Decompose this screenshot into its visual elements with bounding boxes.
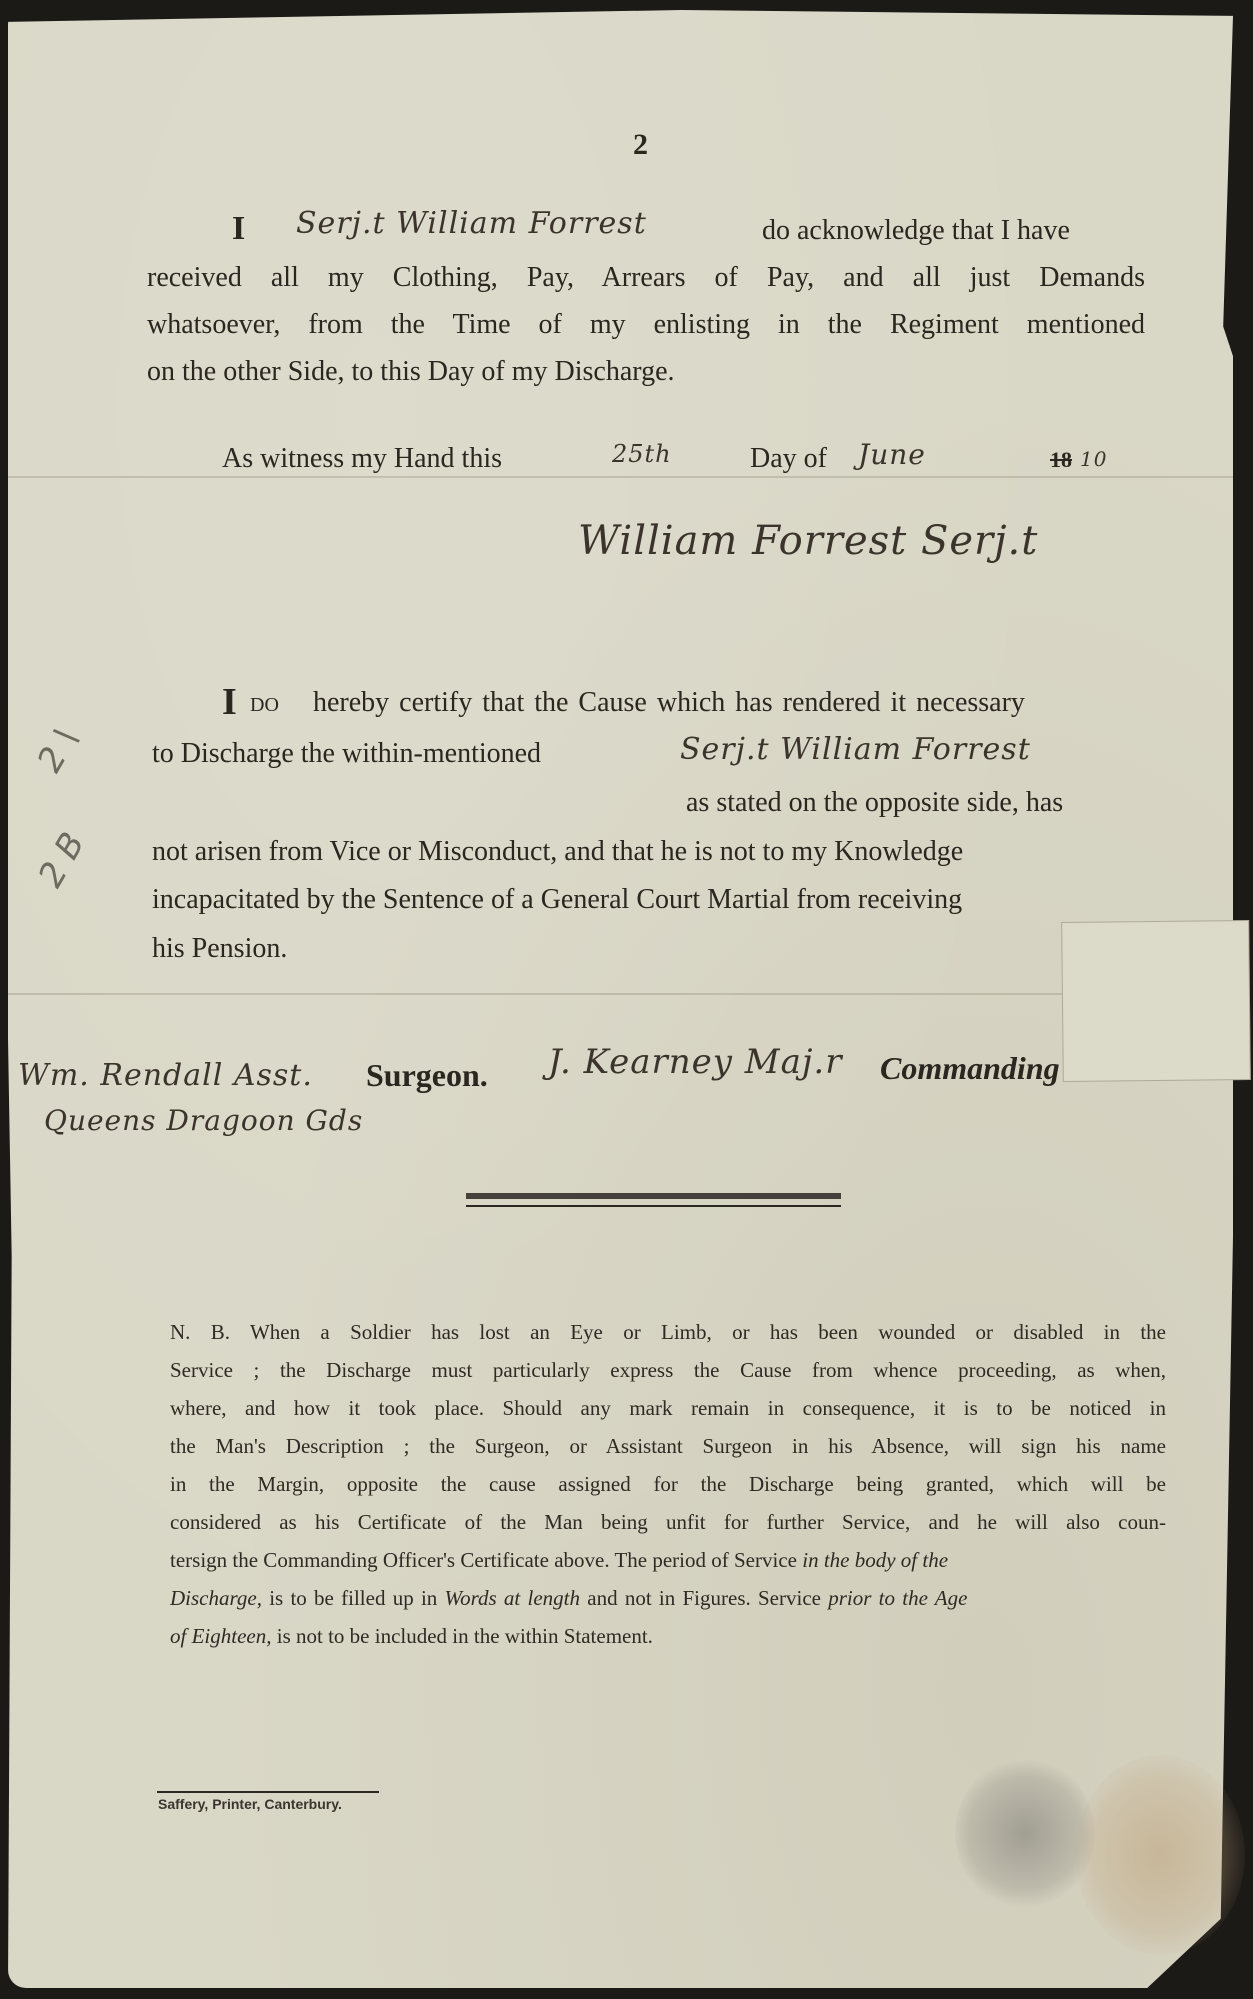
nb-line: of Eighteen, is not to be included in th… xyxy=(170,1624,653,1649)
witness-label: As witness my Hand this xyxy=(222,443,502,475)
nb-line: where, and how it took place. Should any… xyxy=(170,1396,1166,1421)
commanding-officer-signature: J. Kearney Maj.r xyxy=(548,1042,842,1082)
brown-stain xyxy=(1075,1755,1245,1955)
nb-line-8-plain-a: is to be filled up in xyxy=(269,1586,437,1610)
acknowledgement-line-2: received all my Clothing, Pay, Arrears o… xyxy=(147,262,1145,294)
handwritten-day: 25th xyxy=(612,440,672,468)
nb-line: in the Margin, opposite the cause assign… xyxy=(170,1472,1166,1497)
nb-line: Discharge, is to be filled up in Words a… xyxy=(170,1586,967,1611)
surgeon-label: Surgeon. xyxy=(366,1057,488,1094)
surgeon-signature: Wm. Rendall Asst. xyxy=(18,1058,313,1093)
nb-line-8-italic-b: Words at length xyxy=(445,1586,580,1610)
certificate-line-5: incapacitated by the Sentence of a Gener… xyxy=(152,884,962,916)
nb-line-8-plain-b: and not in Figures. Service xyxy=(587,1586,821,1610)
certificate-lead-initial: I xyxy=(222,680,237,724)
nb-line: Service ; the Discharge must particularl… xyxy=(170,1358,1166,1383)
nb-line: the Man's Description ; the Surgeon, or … xyxy=(170,1434,1166,1459)
certificate-line-3: as stated on the opposite side, has xyxy=(686,787,1063,819)
paper-flap-patch xyxy=(1061,920,1251,1082)
acknowledgement-lead: I xyxy=(232,210,245,248)
handwritten-year: 10 xyxy=(1080,447,1107,471)
decorative-rule-thick xyxy=(466,1193,841,1199)
fold-line xyxy=(8,993,1233,995)
printer-imprint: Saffery, Printer, Canterbury. xyxy=(158,1796,342,1812)
nb-line-8-italic-c: prior to the Age xyxy=(828,1586,967,1610)
certificate-lead-smallcaps: DO xyxy=(250,694,279,717)
nb-line-9-plain: is not to be included in the within Stat… xyxy=(277,1624,653,1648)
soldier-signature: William Forrest Serj.t xyxy=(578,518,1038,564)
nb-line-8-italic-a: Discharge, xyxy=(170,1586,262,1610)
certificate-line-6: his Pension. xyxy=(152,933,287,965)
document-page xyxy=(8,10,1233,1988)
nb-line: tersign the Commanding Officer's Certifi… xyxy=(170,1548,948,1573)
commanding-label: Commanding xyxy=(880,1050,1060,1087)
imprint-rule xyxy=(157,1791,379,1793)
nb-line: considered as his Certificate of the Man… xyxy=(170,1510,1166,1535)
acknowledgement-line-1: do acknowledge that I have xyxy=(762,215,1070,247)
nb-line-9-italic: of Eighteen, xyxy=(170,1624,271,1648)
handwritten-soldier-name: Serj.t William Forrest xyxy=(296,206,647,241)
seal-smudge xyxy=(955,1758,1095,1908)
handwritten-month: June xyxy=(858,438,926,471)
surgeon-regiment-handwritten: Queens Dragoon Gds xyxy=(44,1104,363,1137)
nb-line-7-plain: tersign the Commanding Officer's Certifi… xyxy=(170,1548,797,1572)
nb-line-7-italic: in the body of the xyxy=(802,1548,948,1572)
certificate-line-2: to Discharge the within-mentioned xyxy=(152,738,541,770)
nb-line: N. B. When a Soldier has lost an Eye or … xyxy=(170,1320,1166,1345)
printed-year-prefix: 18 xyxy=(1050,447,1072,473)
fold-line xyxy=(8,476,1233,478)
decorative-rule-thin xyxy=(466,1205,841,1207)
acknowledgement-line-4: on the other Side, to this Day of my Dis… xyxy=(147,356,675,388)
acknowledgement-line-3: whatsoever, from the Time of my enlistin… xyxy=(147,309,1145,341)
certificate-line-1: hereby certify that the Cause which has … xyxy=(313,687,1025,719)
page-number: 2 xyxy=(633,128,648,162)
day-of-label: Day of xyxy=(750,443,827,475)
certificate-line-4: not arisen from Vice or Misconduct, and … xyxy=(152,836,963,868)
handwritten-soldier-name-2: Serj.t William Forrest xyxy=(680,732,1031,767)
